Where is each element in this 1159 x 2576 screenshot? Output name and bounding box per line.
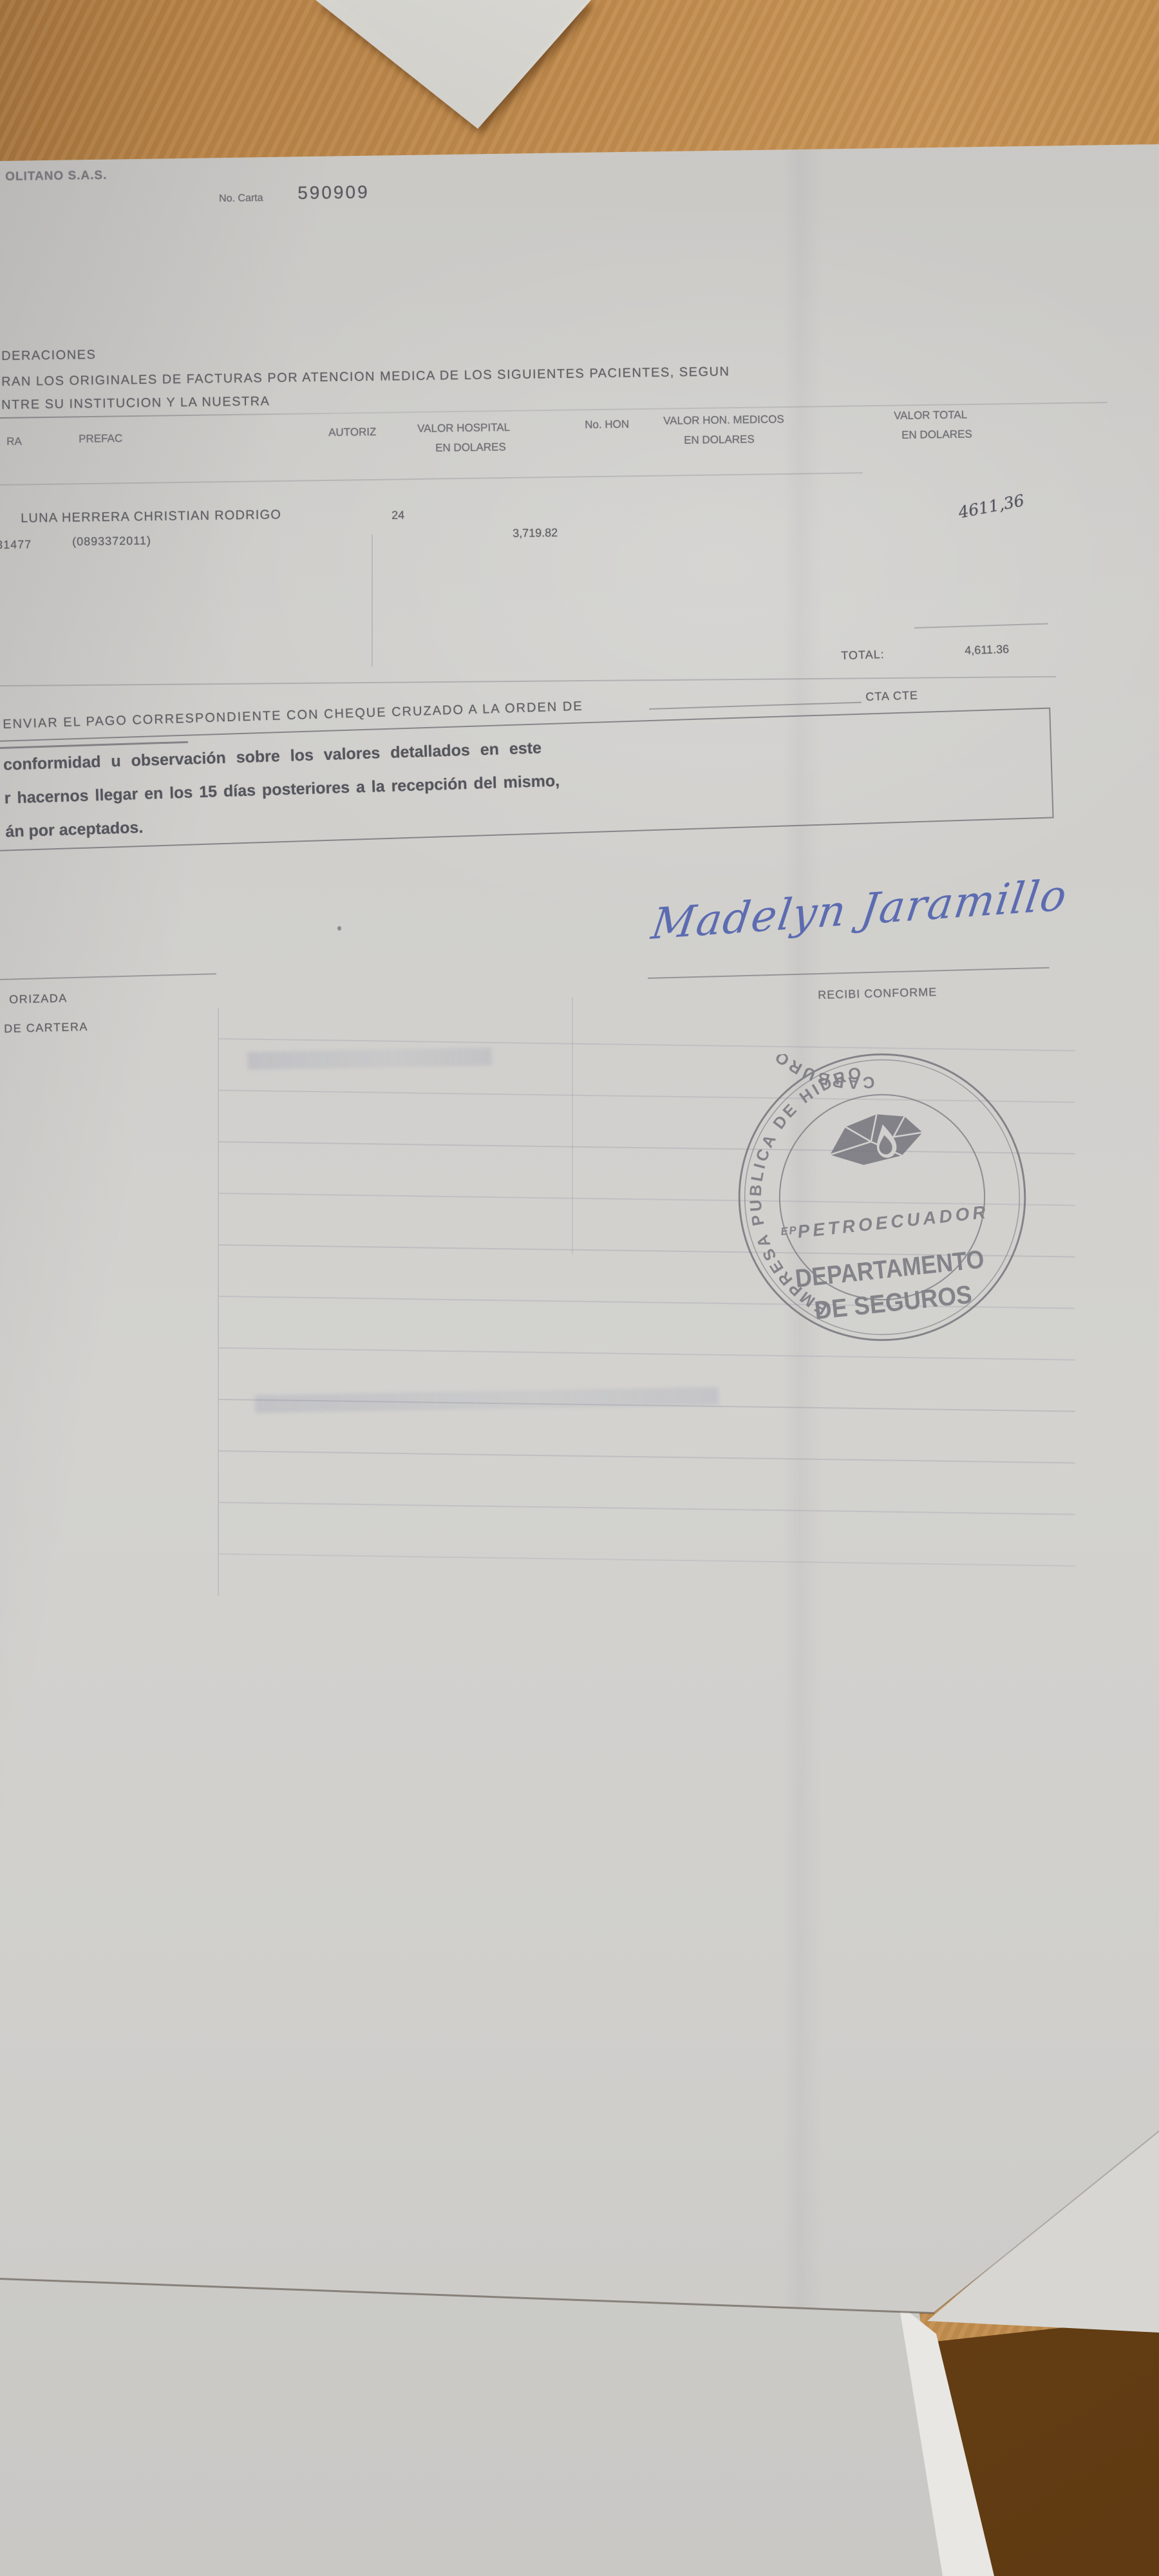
table-header-rule — [0, 472, 863, 486]
factura-number: 31477 — [0, 538, 32, 552]
show-through-vertical-rule — [218, 1009, 219, 1596]
document-sheet: OLITANO S.A.S. No. Carta 590909 DERACION… — [0, 0, 1159, 2576]
notice-line-1: conformidad u observación sobre los valo… — [3, 739, 542, 774]
column-rule — [372, 535, 373, 667]
signature-handwriting: Madelyn Jaramillo — [648, 870, 1071, 949]
letterhead-fragment: OLITANO S.A.S. — [5, 169, 108, 184]
handwritten-total-annotation: 4611,36 — [957, 491, 1026, 522]
carta-number-label: No. Carta — [219, 193, 263, 205]
header-prefac: PREFAC — [79, 432, 122, 446]
payee-blank-line — [649, 702, 862, 710]
signature-line — [648, 967, 1050, 979]
show-through-rule — [219, 1450, 1075, 1463]
total-upper-rule — [914, 623, 1048, 629]
cta-cte-label: CTA CTE — [865, 688, 918, 704]
header-autoriz: AUTORIZ — [328, 426, 377, 439]
paper-corner-top — [277, 0, 637, 148]
total-label: TOTAL: — [841, 648, 885, 663]
paper-corner-top-sheet — [277, 0, 637, 148]
header-hon-medicos-line2: EN DOLARES — [684, 433, 755, 447]
hospital-value: 3,719.82 — [513, 526, 558, 540]
show-through-rule — [219, 1502, 1075, 1515]
carta-number-value: 590909 — [297, 182, 370, 204]
show-through-vertical-rule-2 — [572, 997, 573, 1255]
ink-dot-artifact — [337, 926, 341, 931]
show-through-rule — [219, 1553, 1075, 1566]
patient-name: LUNA HERRERA CHRISTIAN RODRIGO — [21, 507, 281, 526]
operations-fragment: DERACIONES — [1, 348, 97, 364]
total-value: 4,611.36 — [965, 643, 1009, 658]
petroecuador-gem-logo — [825, 1108, 926, 1170]
header-hospital-line2: EN DOLARES — [435, 440, 506, 455]
show-through-text-artifact — [255, 1387, 719, 1414]
header-valor-total-line1: VALOR TOTAL — [894, 408, 967, 422]
header-hon-medicos-line1: VALOR HON. MEDICOS — [663, 413, 784, 428]
photographed-document-scene: OLITANO S.A.S. No. Carta 590909 DERACION… — [0, 0, 1159, 2576]
prefac-number: (0893372011) — [72, 534, 151, 549]
intro-line-1: RAN LOS ORIGINALES DE FACTURAS POR ATENC… — [1, 365, 730, 390]
authorized-signature-line — [0, 973, 216, 980]
total-lower-rule — [0, 676, 1056, 687]
petroecuador-stamp: EMPRESA PUBLICA DE HIDROCARBUROS EP PETR… — [715, 1030, 1050, 1365]
notice-line-3: án por aceptados. — [5, 819, 144, 842]
patient-autoriz: 24 — [391, 509, 404, 522]
notice-box: conformidad u observación sobre los valo… — [0, 708, 1054, 853]
notice-line-2: r hacernos llegar en los 15 días posteri… — [4, 772, 560, 808]
intro-line-2: NTRE SU INSTITUCION Y LA NUESTRA — [1, 394, 270, 413]
header-hospital-line1: VALOR HOSPITAL — [417, 421, 510, 435]
stamp-brand-text: EPPETROECUADOR — [780, 1202, 990, 1244]
header-factura: RA — [6, 435, 22, 448]
signature-caption: RECIBI CONFORME — [818, 985, 938, 1002]
header-no-hon: No. HON — [585, 418, 629, 431]
cartera-label-fragment: O DE CARTERA — [0, 1020, 88, 1036]
show-through-text-artifact — [247, 1048, 492, 1070]
header-valor-total-line2: EN DOLARES — [901, 428, 972, 442]
authorized-label-fragment: ORIZADA — [9, 992, 68, 1007]
show-through-rule — [219, 1347, 1075, 1360]
